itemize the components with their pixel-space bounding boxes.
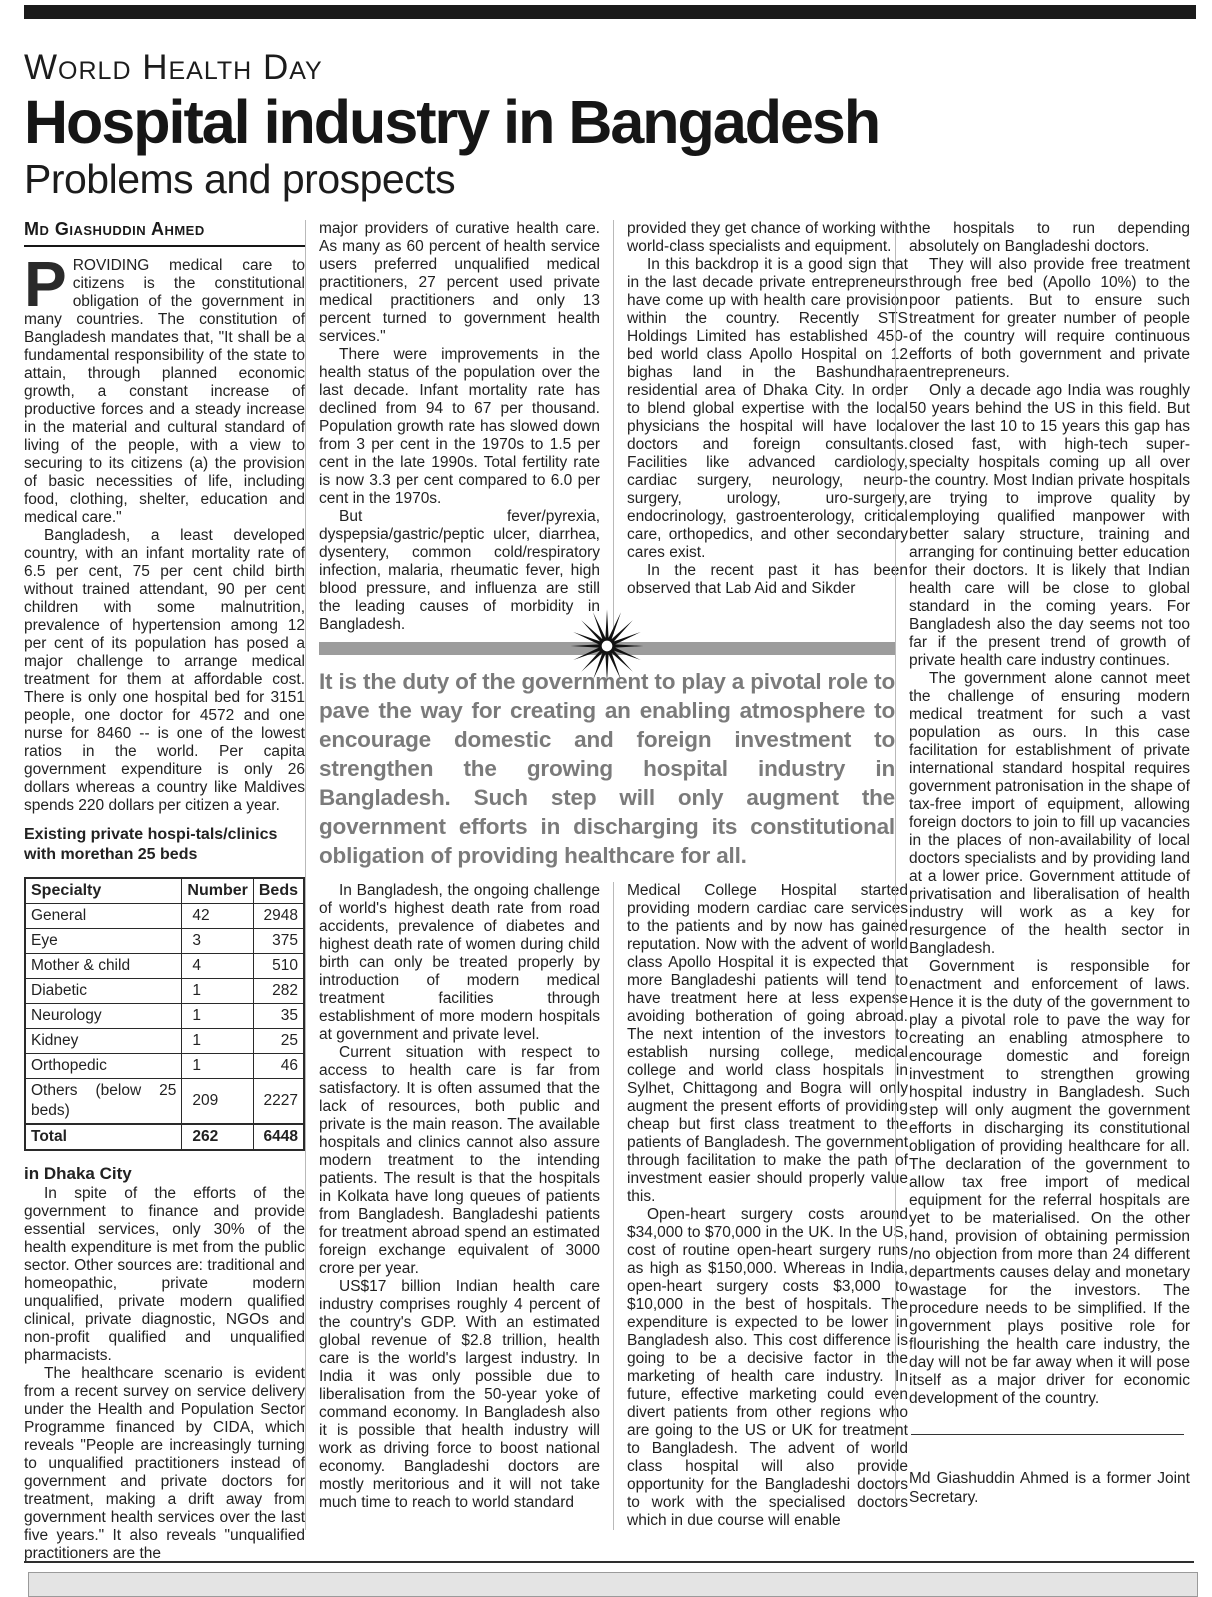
col-header-number: Number	[182, 878, 253, 904]
column-1: Md Giashuddin Ahmed PROVIDING medical ca…	[24, 220, 305, 1563]
table-row: Kidney 1 25	[25, 1029, 304, 1054]
cell-beds: 2227	[253, 1079, 304, 1125]
article-headline: Hospital industry in Bangadesh	[24, 92, 1190, 153]
bottom-rule	[24, 1561, 1194, 1563]
paragraph: Only a decade ago India was roughly 50 y…	[909, 382, 1190, 670]
byline: Md Giashuddin Ahmed	[24, 219, 205, 239]
cell-beds: 282	[253, 979, 304, 1004]
city-heading: in Dhaka City	[24, 1165, 305, 1183]
paragraph: provided they get chance of working with…	[627, 220, 908, 256]
article-subtitle: Problems and prospects	[24, 156, 1190, 203]
paragraph: Open-heart surgery costs around $34,000 …	[627, 1206, 908, 1530]
cell-specialty: Others (below 25 beds)	[25, 1079, 182, 1125]
paragraph: Medical College Hospital started providi…	[627, 882, 908, 1206]
paragraph: Bangladesh, a least developed country, w…	[24, 527, 305, 815]
cell-number: 1	[182, 979, 253, 1004]
cell-beds: 25	[253, 1029, 304, 1054]
bottom-gray-bar	[28, 1572, 1198, 1597]
cell-number: 1	[182, 1029, 253, 1054]
cell-number: 3	[182, 929, 253, 954]
table-row: General 42 2948	[25, 904, 304, 929]
paragraph: US$17 billion Indian health care industr…	[319, 1278, 600, 1512]
author-footnote: Md Giashuddin Ahmed is a former Joint Se…	[909, 1469, 1190, 1507]
paragraph: the hospitals to run depending absolutel…	[909, 220, 1190, 256]
paragraph: But fever/pyrexia, dyspepsia/gastric/pep…	[319, 508, 600, 634]
hospital-stats-table: Specialty Number Beds General 42 2948 Ey…	[24, 877, 305, 1151]
table-row: Diabetic 1 282	[25, 979, 304, 1004]
middle-columns: major providers of curative health care.…	[305, 220, 895, 1530]
column-2-top: major providers of curative health care.…	[319, 220, 600, 634]
table-row: Mother & child 4 510	[25, 954, 304, 979]
cell-beds: 2948	[253, 904, 304, 929]
paragraph: In this backdrop it is a good sign that …	[627, 256, 908, 562]
cell-total-label: Total	[25, 1124, 182, 1150]
cell-beds: 510	[253, 954, 304, 979]
paragraph: In spite of the efforts of the governmen…	[24, 1185, 305, 1365]
pull-quote-text: It is the duty of the government to play…	[319, 667, 895, 870]
cell-beds: 375	[253, 929, 304, 954]
cell-specialty: Mother & child	[25, 954, 182, 979]
article-header: World Health Day Hospital industry in Ba…	[24, 0, 1190, 203]
cell-total-number: 262	[182, 1124, 253, 1150]
paragraph: Current situation with respect to access…	[319, 1044, 600, 1278]
paragraph: PROVIDING medical care to citizens is th…	[24, 257, 305, 527]
cell-specialty: Kidney	[25, 1029, 182, 1054]
paragraph: In the recent past it has been observed …	[627, 562, 908, 598]
column-3-top: provided they get chance of working with…	[613, 220, 908, 634]
column-4: the hospitals to run depending absolutel…	[895, 220, 1190, 1507]
top-rule	[24, 5, 1196, 19]
cell-number: 1	[182, 1054, 253, 1079]
column-2-bottom: In Bangladesh, the ongoing challenge of …	[319, 882, 600, 1530]
cell-number: 209	[182, 1079, 253, 1125]
table-row: Neurology 1 35	[25, 1004, 304, 1029]
newspaper-page: World Health Day Hospital industry in Ba…	[0, 0, 1212, 1597]
section-kicker: World Health Day	[24, 48, 1190, 88]
pull-quote-block: It is the duty of the government to play…	[319, 642, 895, 870]
footnote-rule	[911, 1434, 1184, 1435]
paragraph: The healthcare scenario is evident from …	[24, 1365, 305, 1563]
table-header-row: Specialty Number Beds	[25, 878, 304, 904]
cell-total-beds: 6448	[253, 1124, 304, 1150]
col-header-specialty: Specialty	[25, 878, 182, 904]
col-header-beds: Beds	[253, 878, 304, 904]
table-row: Eye 3 375	[25, 929, 304, 954]
table-total-row: Total 262 6448	[25, 1124, 304, 1150]
paragraph: The government alone cannot meet the cha…	[909, 670, 1190, 958]
starburst-icon	[569, 608, 645, 684]
table-heading: Existing private hospi-tals/clinics with…	[24, 825, 305, 865]
paragraph: There were improvements in the health st…	[319, 346, 600, 508]
cell-specialty: Orthopedic	[25, 1054, 182, 1079]
byline-block: Md Giashuddin Ahmed	[24, 220, 305, 247]
cell-specialty: General	[25, 904, 182, 929]
paragraph: Government is responsible for enactment …	[909, 958, 1190, 1408]
article-body: Md Giashuddin Ahmed PROVIDING medical ca…	[24, 220, 1190, 1563]
table-row: Others (below 25 beds) 209 2227	[25, 1079, 304, 1125]
cell-beds: 35	[253, 1004, 304, 1029]
cell-specialty: Diabetic	[25, 979, 182, 1004]
cell-specialty: Eye	[25, 929, 182, 954]
cell-number: 1	[182, 1004, 253, 1029]
drop-cap: P	[24, 257, 73, 309]
middle-bottom-row: In Bangladesh, the ongoing challenge of …	[319, 882, 895, 1530]
middle-top-row: major providers of curative health care.…	[319, 220, 895, 634]
paragraph: major providers of curative health care.…	[319, 220, 600, 346]
column-3-bottom: Medical College Hospital started providi…	[613, 882, 908, 1530]
paragraph: They will also provide free treatment th…	[909, 256, 1190, 382]
cell-beds: 46	[253, 1054, 304, 1079]
cell-specialty: Neurology	[25, 1004, 182, 1029]
paragraph: In Bangladesh, the ongoing challenge of …	[319, 882, 600, 1044]
cell-number: 42	[182, 904, 253, 929]
table-row: Orthopedic 1 46	[25, 1054, 304, 1079]
cell-number: 4	[182, 954, 253, 979]
